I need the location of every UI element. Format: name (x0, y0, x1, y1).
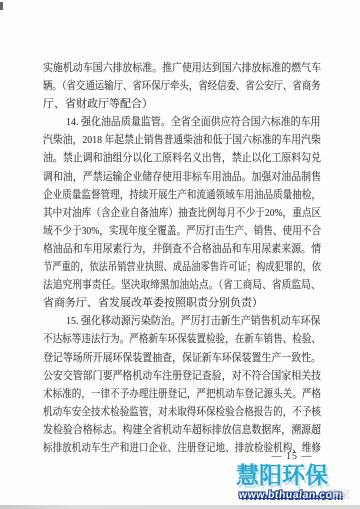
text-line-content: 其中对油库（含企业自备油库）抽查比例每月不少于20%，重点区 (43, 204, 321, 222)
text-line: 15. 强化移动源污染防治。严厉打击新生产销售机动车环保 (43, 312, 321, 330)
text-line: 汽柴油，2018 年起禁止销售普通柴油和低于国六标准的车用汽柴 (43, 131, 321, 149)
text-line: 发检验合格标志。构建全省机动车超标排放信息数据库，溯源超 (43, 421, 321, 439)
scanned-document-page: 实施机动车国六排放标准。推广使用达到国六排放标准的燃气车辆。（省交通运输厅、省环… (0, 0, 360, 509)
text-line-content: 调和油，严禁运输企业储存使用非标车用油品。加强对油品制售 (43, 168, 321, 186)
text-line: 辆。（省交通运输厅、省环保厅牵头，省经信委、省公安厅、省商务 (43, 77, 321, 95)
text-line: 企业质量监督管理，持续开展生产和流通领域车用油品质量抽检， (43, 186, 321, 204)
text-line-content: 企业质量监督管理，持续开展生产和流通领域车用油品质量抽检， (43, 186, 321, 204)
text-line-content: 节严重的，依法吊销营业执照、成品油零售许可证；构成犯罪的，依 (43, 258, 321, 276)
text-line-content: 不达标等违法行为。严格新车环保装置检验，在新车销售、检验、 (43, 330, 321, 348)
text-line: 省商务厅、省发展改革委按照职责分别负责） (43, 294, 321, 312)
text-line: 实施机动车国六排放标准。推广使用达到国六排放标准的燃气车 (43, 59, 321, 77)
text-line: 机动车安全技术检验监管，对未取得环保检验合格报告的，不予核 (43, 403, 321, 421)
text-line: 厅、省财政厅等配合） (43, 95, 321, 113)
watermark-brand-text: 慧阳环保 (236, 463, 328, 488)
text-line-content: 省商务厅、省发展改革委按照职责分别负责） (43, 294, 263, 312)
watermark: 慧阳环保 www.bthualan.com 管家 (236, 463, 360, 509)
text-line-content: 公安交管部门要严格机动车注册登记查验，对不符合国家相关技 (43, 367, 321, 385)
text-line-content: 15. 强化移动源污染防治。严厉打击新生产销售机动车环保 (66, 312, 321, 330)
text-line-content: 辆。（省交通运输厅、省环保厅牵头，省经信委、省公安厅、省商务 (43, 77, 321, 95)
text-line-content: 实施机动车国六排放标准。推广使用达到国六排放标准的燃气车 (43, 59, 321, 77)
text-line-content: 14. 强化油品质量监管。全省全面供应符合国六标准的车用 (66, 113, 321, 131)
text-line: 调和油，严禁运输企业储存使用非标车用油品。加强对油品制售 (43, 168, 321, 186)
text-line: 登记等场所开展环保装置抽查，保证新车环保装置生产一致性。 (43, 349, 321, 367)
text-line: 其中对油库（含企业自备油库）抽查比例每月不少于20%，重点区 (43, 204, 321, 222)
text-line: 法追究刑事责任。坚决取缔黑加油站点。（省工商局、省质监局、 (43, 276, 321, 294)
watermark-faint-tagline: 管家 (328, 486, 350, 502)
scan-artifact-mark (0, 2, 3, 10)
text-line: 公安交管部门要严格机动车注册登记查验，对不符合国家相关技 (43, 367, 321, 385)
text-line: 节严重的，依法吊销营业执照、成品油零售许可证；构成犯罪的，依 (43, 258, 321, 276)
text-line-content: 域不少于30%，实现年度全覆盖。严厉打击生产、销售、使用不合 (43, 222, 321, 240)
text-line: 域不少于30%，实现年度全覆盖。严厉打击生产、销售、使用不合 (43, 222, 321, 240)
text-line-content: 法追究刑事责任。坚决取缔黑加油站点。（省工商局、省质监局、 (43, 276, 321, 294)
text-line-content: 油。禁止调和油组分以化工原料名义出售，禁止以化工原料勾兑 (43, 149, 321, 167)
text-line-content: 机动车安全技术检验监管，对未取得环保检验合格报告的，不予核 (43, 403, 321, 421)
text-line: 油。禁止调和油组分以化工原料名义出售，禁止以化工原料勾兑 (43, 149, 321, 167)
text-line-content: 汽柴油，2018 年起禁止销售普通柴油和低于国六标准的车用汽柴 (43, 131, 321, 149)
scan-bottom-edge (0, 505, 360, 509)
page-number: — 15 — (252, 451, 332, 462)
text-line: 14. 强化油品质量监管。全省全面供应符合国六标准的车用 (43, 113, 321, 131)
text-line: 格油品和车用尿素行为，并倒查不合格油品和车用尿素来源。情 (43, 240, 321, 258)
text-line-content: 厅、省财政厅等配合） (43, 95, 153, 113)
text-line-content: 登记等场所开展环保装置抽查，保证新车环保装置生产一致性。 (43, 349, 321, 367)
text-line: 术标准的，一律不予办理注册登记，严把机动车登记源头关。严格 (43, 385, 321, 403)
text-line-content: 发检验合格标志。构建全省机动车超标排放信息数据库，溯源超 (43, 421, 321, 439)
text-line-content: 术标准的，一律不予办理注册登记，严把机动车登记源头关。严格 (43, 385, 321, 403)
text-line-content: 格油品和车用尿素行为，并倒查不合格油品和车用尿素来源。情 (43, 240, 321, 258)
text-block: 实施机动车国六排放标准。推广使用达到国六排放标准的燃气车辆。（省交通运输厅、省环… (43, 59, 321, 457)
text-line: 不达标等违法行为。严格新车环保装置检验，在新车销售、检验、 (43, 330, 321, 348)
